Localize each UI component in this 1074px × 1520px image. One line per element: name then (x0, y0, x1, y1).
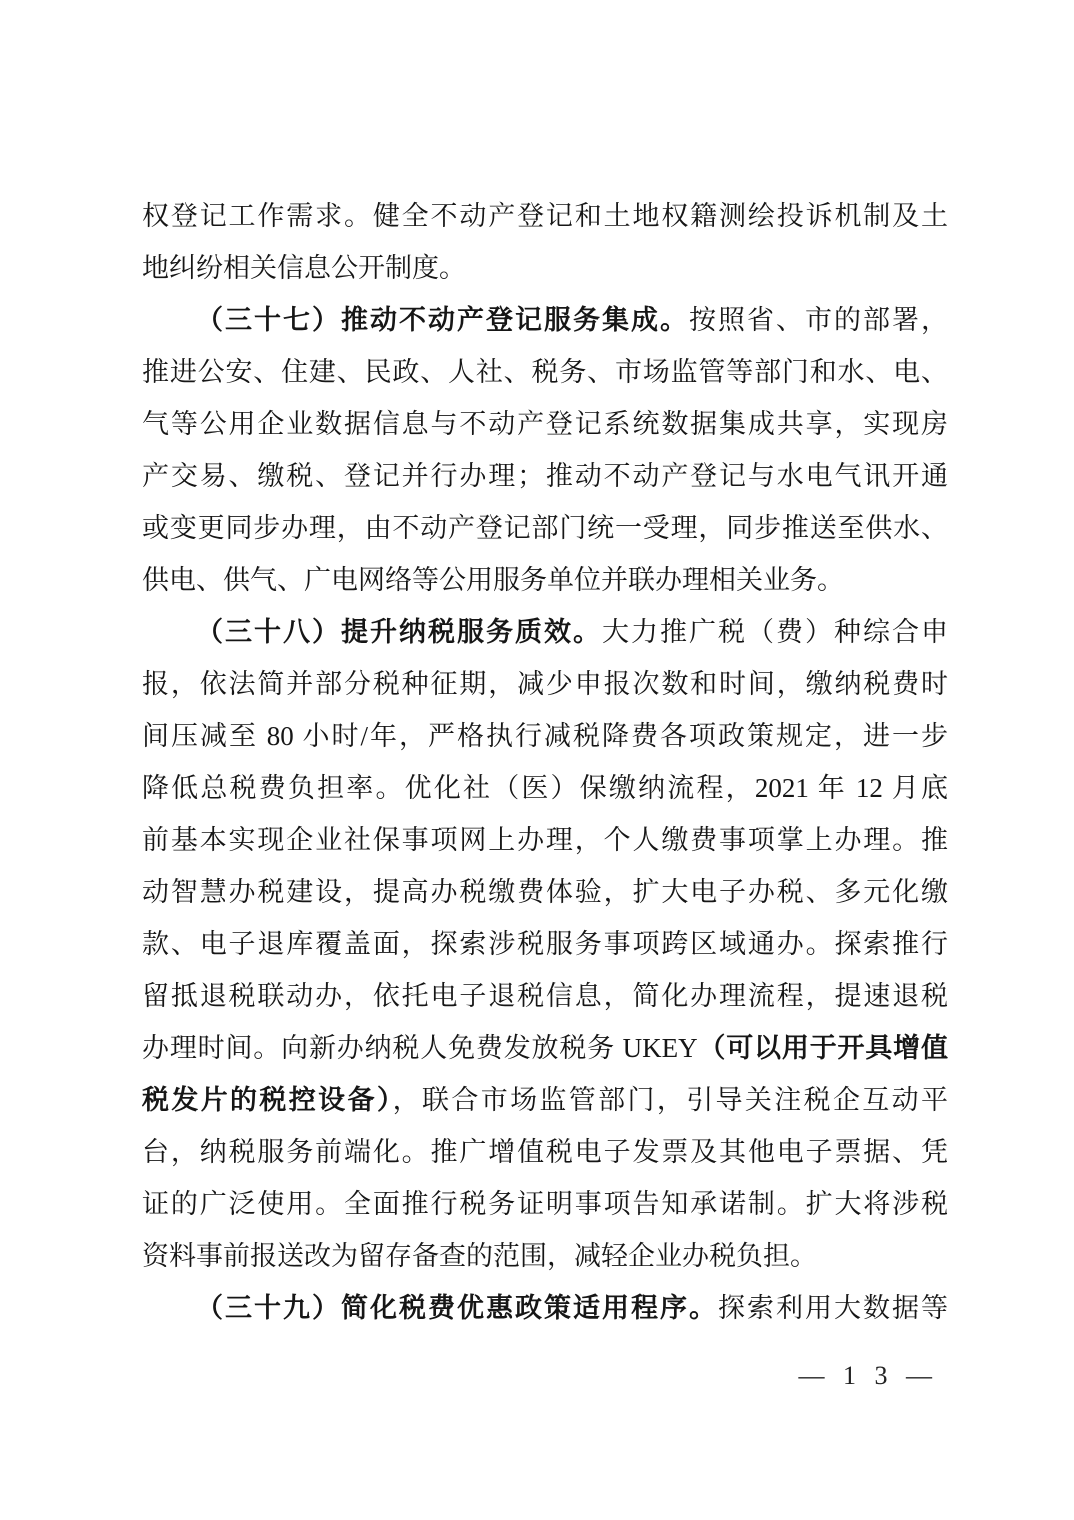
text-line: 推进公安、住建、民政、人社、税务、市场监管等部门和水、电、 (142, 346, 948, 398)
text-line: （三十九）简化税费优惠政策适用程序。探索利用大数据等 (142, 1282, 948, 1334)
text-line: 地纠纷相关信息公开制度。 (142, 242, 948, 294)
text-line: 报，依法简并部分税种征期，减少申报次数和时间，缴纳税费时 (142, 658, 948, 710)
text-line: 前基本实现企业社保事项网上办理，个人缴费事项掌上办理。推 (142, 814, 948, 866)
text-line: （三十八）提升纳税服务质效。大力推广税（费）种综合申 (142, 606, 948, 658)
section-heading-37: （三十七）推动不动产登记服务集成。 (196, 305, 689, 335)
text-line: 降低总税费负担率。优化社（医）保缴纳流程，2021 年 12 月底 (142, 762, 948, 814)
text-line: 或变更同步办理，由不动产登记部门统一受理，同步推送至供水、 (142, 502, 948, 554)
text-line: 气等公用企业数据信息与不动产登记系统数据集成共享，实现房 (142, 398, 948, 450)
text-line: 产交易、缴税、登记并行办理；推动不动产登记与水电气讯开通 (142, 450, 948, 502)
bold-annotation: 税发片的税控设备） (142, 1085, 393, 1115)
line-text: ，联合市场监管部门，引导关注税企互动平 (393, 1085, 948, 1115)
text-line: 税发片的税控设备），联合市场监管部门，引导关注税企互动平 (142, 1074, 948, 1126)
line-text: 探索利用大数据等 (718, 1293, 948, 1323)
text-line: 间压减至 80 小时/年，严格执行减税降费各项政策规定，进一步 (142, 710, 948, 762)
text-line: 资料事前报送改为留存备查的范围，减轻企业办税负担。 (142, 1230, 948, 1282)
line-text: 办理时间。向新办纳税人免费发放税务 UKEY (142, 1033, 698, 1063)
line-text: 大力推广税（费）种综合申 (602, 617, 948, 647)
section-heading-38: （三十八）提升纳税服务质效。 (196, 617, 602, 647)
text-line: 动智慧办税建设，提高办税缴费体验，扩大电子办税、多元化缴 (142, 866, 948, 918)
page-number: — 1 3 — (142, 1358, 948, 1394)
section-heading-39: （三十九）简化税费优惠政策适用程序。 (196, 1293, 718, 1323)
text-line: （三十七）推动不动产登记服务集成。按照省、市的部署， (142, 294, 948, 346)
text-line: 证的广泛使用。全面推行税务证明事项告知承诺制。扩大将涉税 (142, 1178, 948, 1230)
bold-annotation: （可以用于开具增值 (698, 1033, 948, 1063)
line-text: 按照省、市的部署， (689, 305, 948, 335)
text-line: 台，纳税服务前端化。推广增值税电子发票及其他电子票据、凭 (142, 1126, 948, 1178)
document-page: 权登记工作需求。健全不动产登记和土地权籍测绘投诉机制及土 地纠纷相关信息公开制度… (0, 0, 1074, 1520)
text-line: 供电、供气、广电网络等公用服务单位并联办理相关业务。 (142, 554, 948, 606)
text-line: 留抵退税联动办，依托电子退税信息，简化办理流程，提速退税 (142, 970, 948, 1022)
text-line: 办理时间。向新办纳税人免费发放税务 UKEY（可以用于开具增值 (142, 1022, 948, 1074)
text-line: 款、电子退库覆盖面，探索涉税服务事项跨区域通办。探索推行 (142, 918, 948, 970)
text-line: 权登记工作需求。健全不动产登记和土地权籍测绘投诉机制及土 (142, 190, 948, 242)
